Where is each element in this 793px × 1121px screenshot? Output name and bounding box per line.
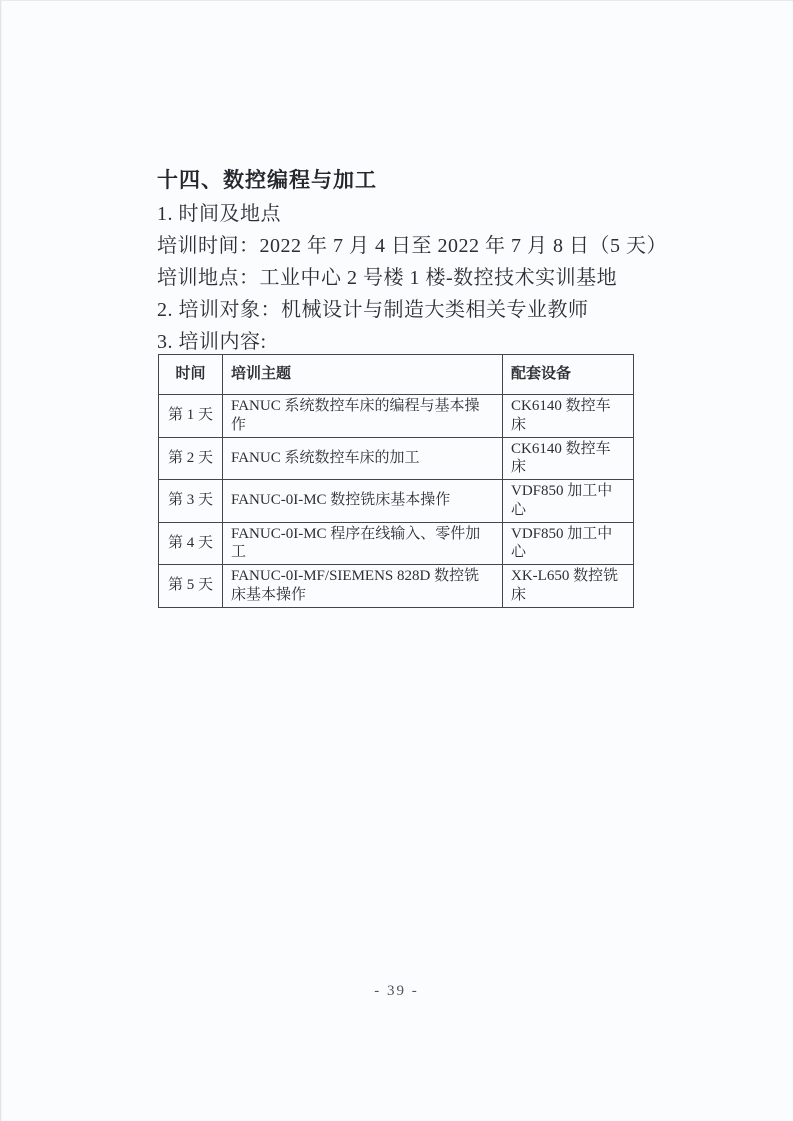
table-header-equipment: 配套设备 — [503, 355, 634, 395]
table-row: 第 2 天 FANUC 系统数控车床的加工 CK6140 数控车床 — [159, 437, 634, 480]
cell-day: 第 2 天 — [159, 437, 223, 480]
cell-day: 第 5 天 — [159, 565, 223, 608]
line-training-time: 培训时间：2022 年 7 月 4 日至 2022 年 7 月 8 日（5 天） — [157, 229, 667, 258]
cell-equipment: CK6140 数控车床 — [503, 437, 634, 480]
cell-equipment: CK6140 数控车床 — [503, 395, 634, 438]
page-edge-shadow-top — [0, 0, 793, 1]
line-time-and-place: 1. 时间及地点 — [157, 197, 281, 226]
cell-topic: FANUC 系统数控车床的加工 — [223, 437, 503, 480]
document-page: 十四、数控编程与加工 1. 时间及地点 培训时间：2022 年 7 月 4 日至… — [0, 0, 793, 1121]
table-header-row: 时间 培训主题 配套设备 — [159, 355, 634, 395]
page-number: - 39 - — [0, 983, 793, 1000]
table-header-time: 时间 — [159, 355, 223, 395]
table-row: 第 5 天 FANUC-0I-MF/SIEMENS 828D 数控铣床基本操作 … — [159, 565, 634, 608]
line-training-audience: 2. 培训对象：机械设计与制造大类相关专业教师 — [157, 293, 589, 322]
table-row: 第 4 天 FANUC-0I-MC 程序在线输入、零件加工 VDF850 加工中… — [159, 522, 634, 565]
table-header-topic: 培训主题 — [223, 355, 503, 395]
section-heading: 十四、数控编程与加工 — [157, 164, 377, 194]
cell-day: 第 1 天 — [159, 395, 223, 438]
cell-topic: FANUC 系统数控车床的编程与基本操作 — [223, 395, 503, 438]
cell-topic: FANUC-0I-MC 数控铣床基本操作 — [223, 480, 503, 523]
table-row: 第 3 天 FANUC-0I-MC 数控铣床基本操作 VDF850 加工中心 — [159, 480, 634, 523]
training-schedule-table: 时间 培训主题 配套设备 第 1 天 FANUC 系统数控车床的编程与基本操作 … — [158, 354, 634, 608]
cell-equipment: XK-L650 数控铣床 — [503, 565, 634, 608]
cell-topic: FANUC-0I-MC 程序在线输入、零件加工 — [223, 522, 503, 565]
line-training-place: 培训地点：工业中心 2 号楼 1 楼-数控技术实训基地 — [157, 261, 617, 290]
cell-equipment: VDF850 加工中心 — [503, 480, 634, 523]
page-edge-shadow-left — [0, 0, 2, 1121]
table-row: 第 1 天 FANUC 系统数控车床的编程与基本操作 CK6140 数控车床 — [159, 395, 634, 438]
cell-day: 第 3 天 — [159, 480, 223, 523]
line-training-content: 3. 培训内容: — [157, 325, 267, 354]
cell-equipment: VDF850 加工中心 — [503, 522, 634, 565]
cell-topic: FANUC-0I-MF/SIEMENS 828D 数控铣床基本操作 — [223, 565, 503, 608]
cell-day: 第 4 天 — [159, 522, 223, 565]
